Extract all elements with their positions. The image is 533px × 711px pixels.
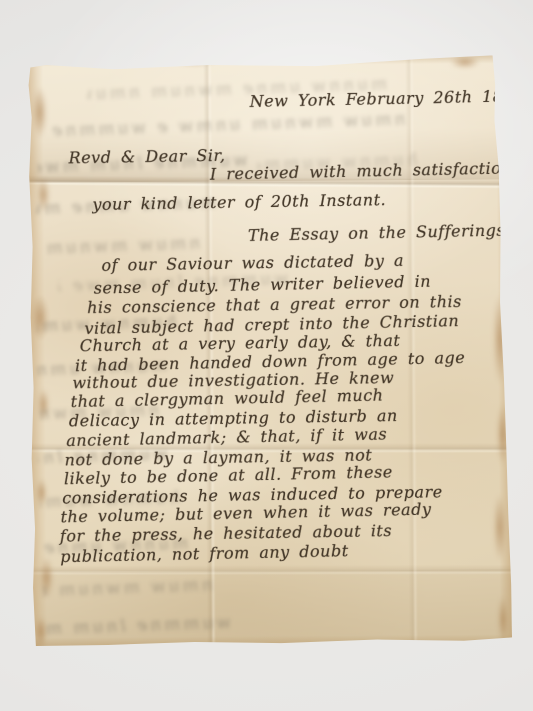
manuscript-line: Revd & Dear Sir, [68,146,225,168]
manuscript-line: I received with much satisfaction [210,158,513,183]
photo-background: munnw umne mwnum nmuw mwnum unmw enmuw m… [0,0,533,711]
manuscript-line: The Essay on the Sufferings [248,221,506,245]
foxing-stain [175,57,215,65]
letter-text-layer: New York February 26th 1846Revd & Dear S… [25,83,515,649]
letter-paper: munnw umne mwnum nmuw mwnum unmw enmuw m… [27,55,512,646]
foxing-stain [450,56,480,69]
manuscript-line: New York February 26th 1846 [250,86,525,111]
manuscript-line: publication, not from any doubt [60,541,349,566]
manuscript-line: of our Saviour was dictated by a [101,251,404,275]
showthrough-ink-smudge: humnw wumme nmu munnw umne mwnum [39,651,210,677]
browned-top-edge [27,55,508,66]
manuscript-line: your kind letter of 20th Instant. [92,190,386,214]
